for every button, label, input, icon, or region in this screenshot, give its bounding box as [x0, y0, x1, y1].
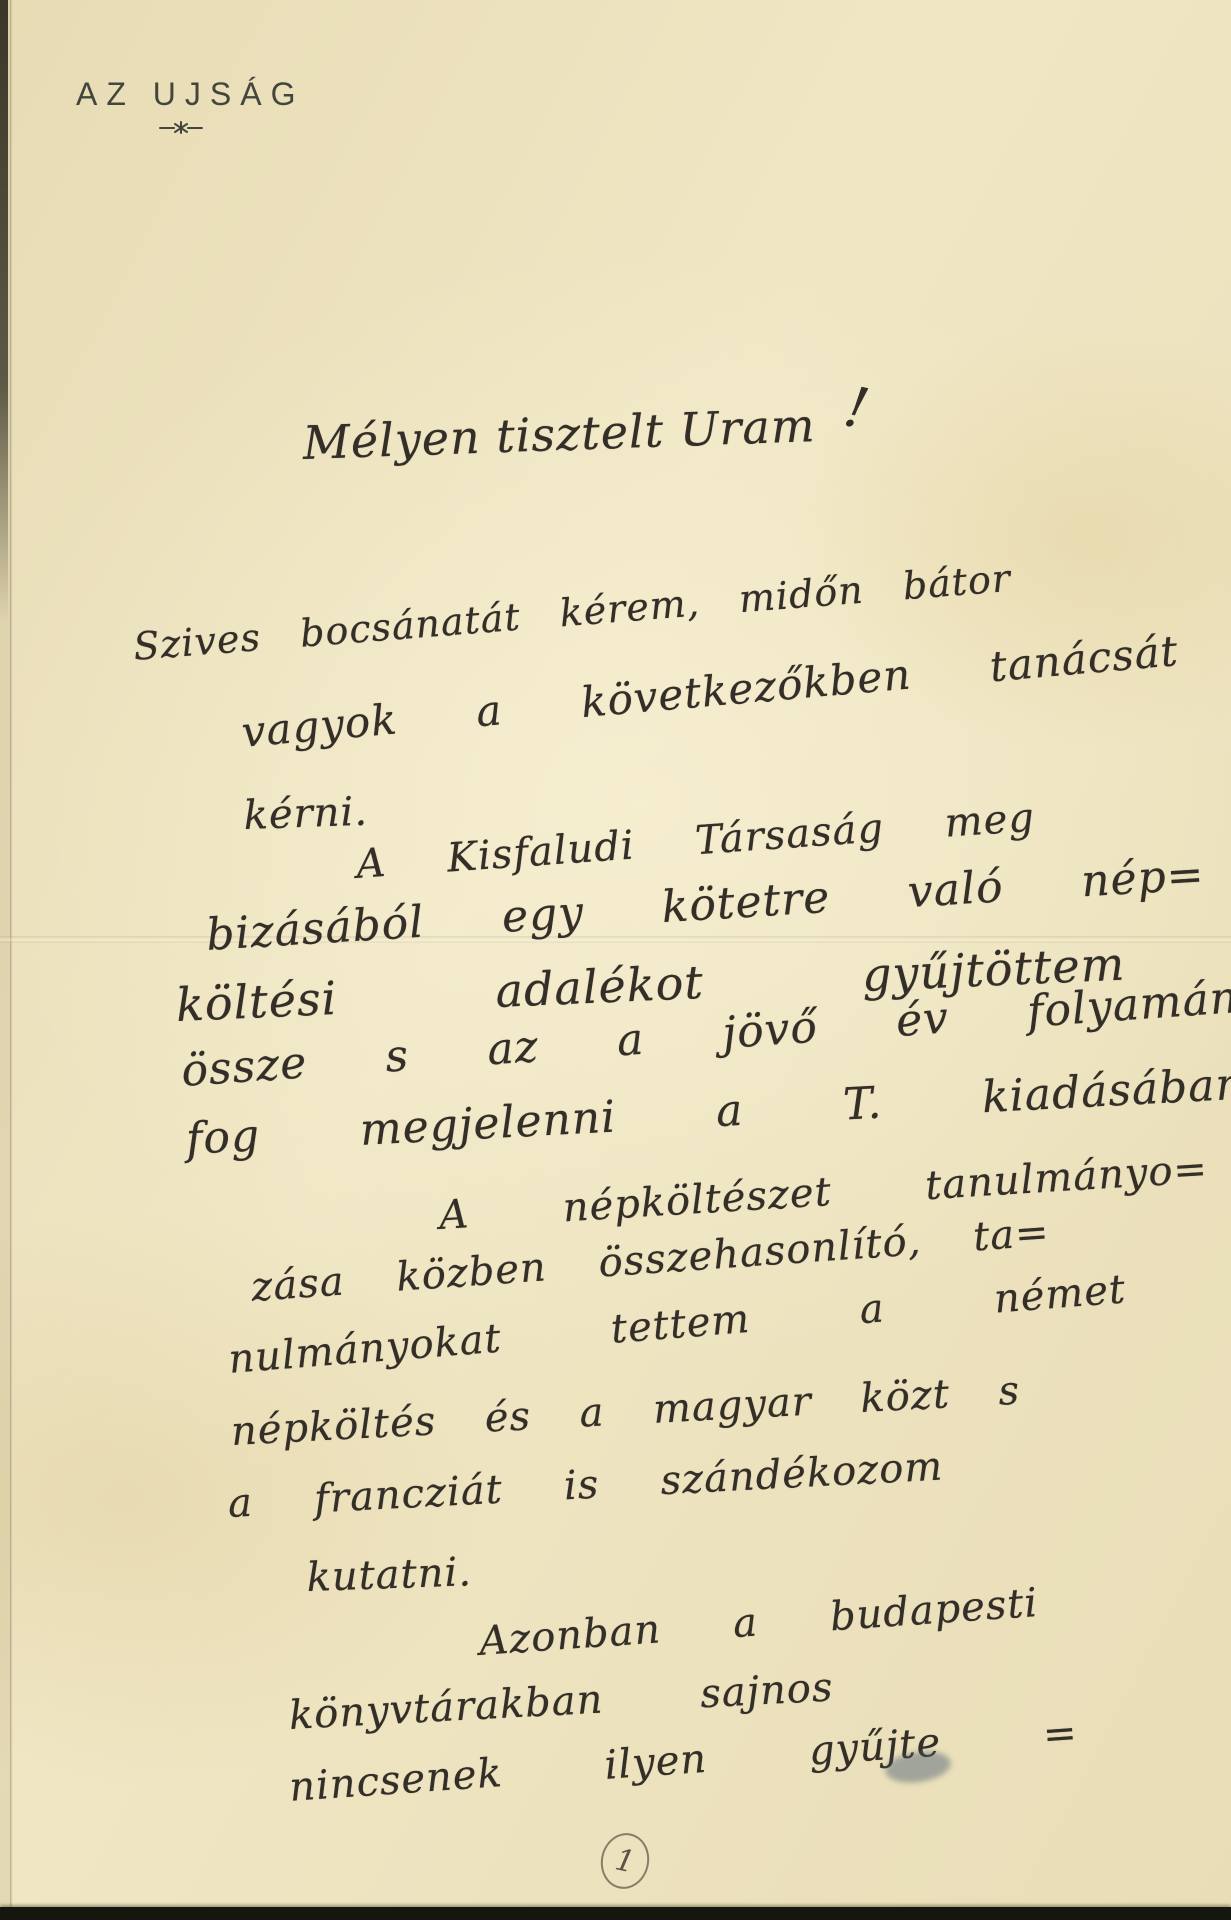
salutation-line: Mélyen tisztelt Uram [302, 404, 771, 466]
handwritten-line: népköltés és a magyar közt s [230, 1371, 1021, 1452]
page-number-circle: 1 [596, 1829, 655, 1894]
handwritten-line: Azonban a budapesti [478, 1583, 1039, 1662]
scan-edge-left [0, 0, 8, 620]
letterhead-title: AZ UJSÁG [76, 76, 304, 113]
handwritten-line: kutatni. [306, 1552, 473, 1598]
handwritten-line: Szives bocsánatát kérem, midőn bátor [132, 559, 1012, 666]
handwritten-line: a francziát is szándékozom [227, 1447, 944, 1524]
handwritten-line: könyvtárakban sajnos [288, 1667, 834, 1735]
salutation-exclamation: ! [839, 379, 873, 438]
scan-edge-bottom [0, 1907, 1231, 1920]
page-number: 1 [612, 1842, 638, 1880]
handwritten-line: kérni. [243, 792, 369, 836]
letterhead-ornament-icon [158, 120, 204, 140]
letter-page: AZ UJSÁG Mélyen tisztelt Uram ! Szives b… [0, 0, 1231, 1920]
vertical-fold-crease [10, 0, 13, 1920]
handwritten-line: A népköltészet tanulmányo= [438, 1149, 1209, 1236]
